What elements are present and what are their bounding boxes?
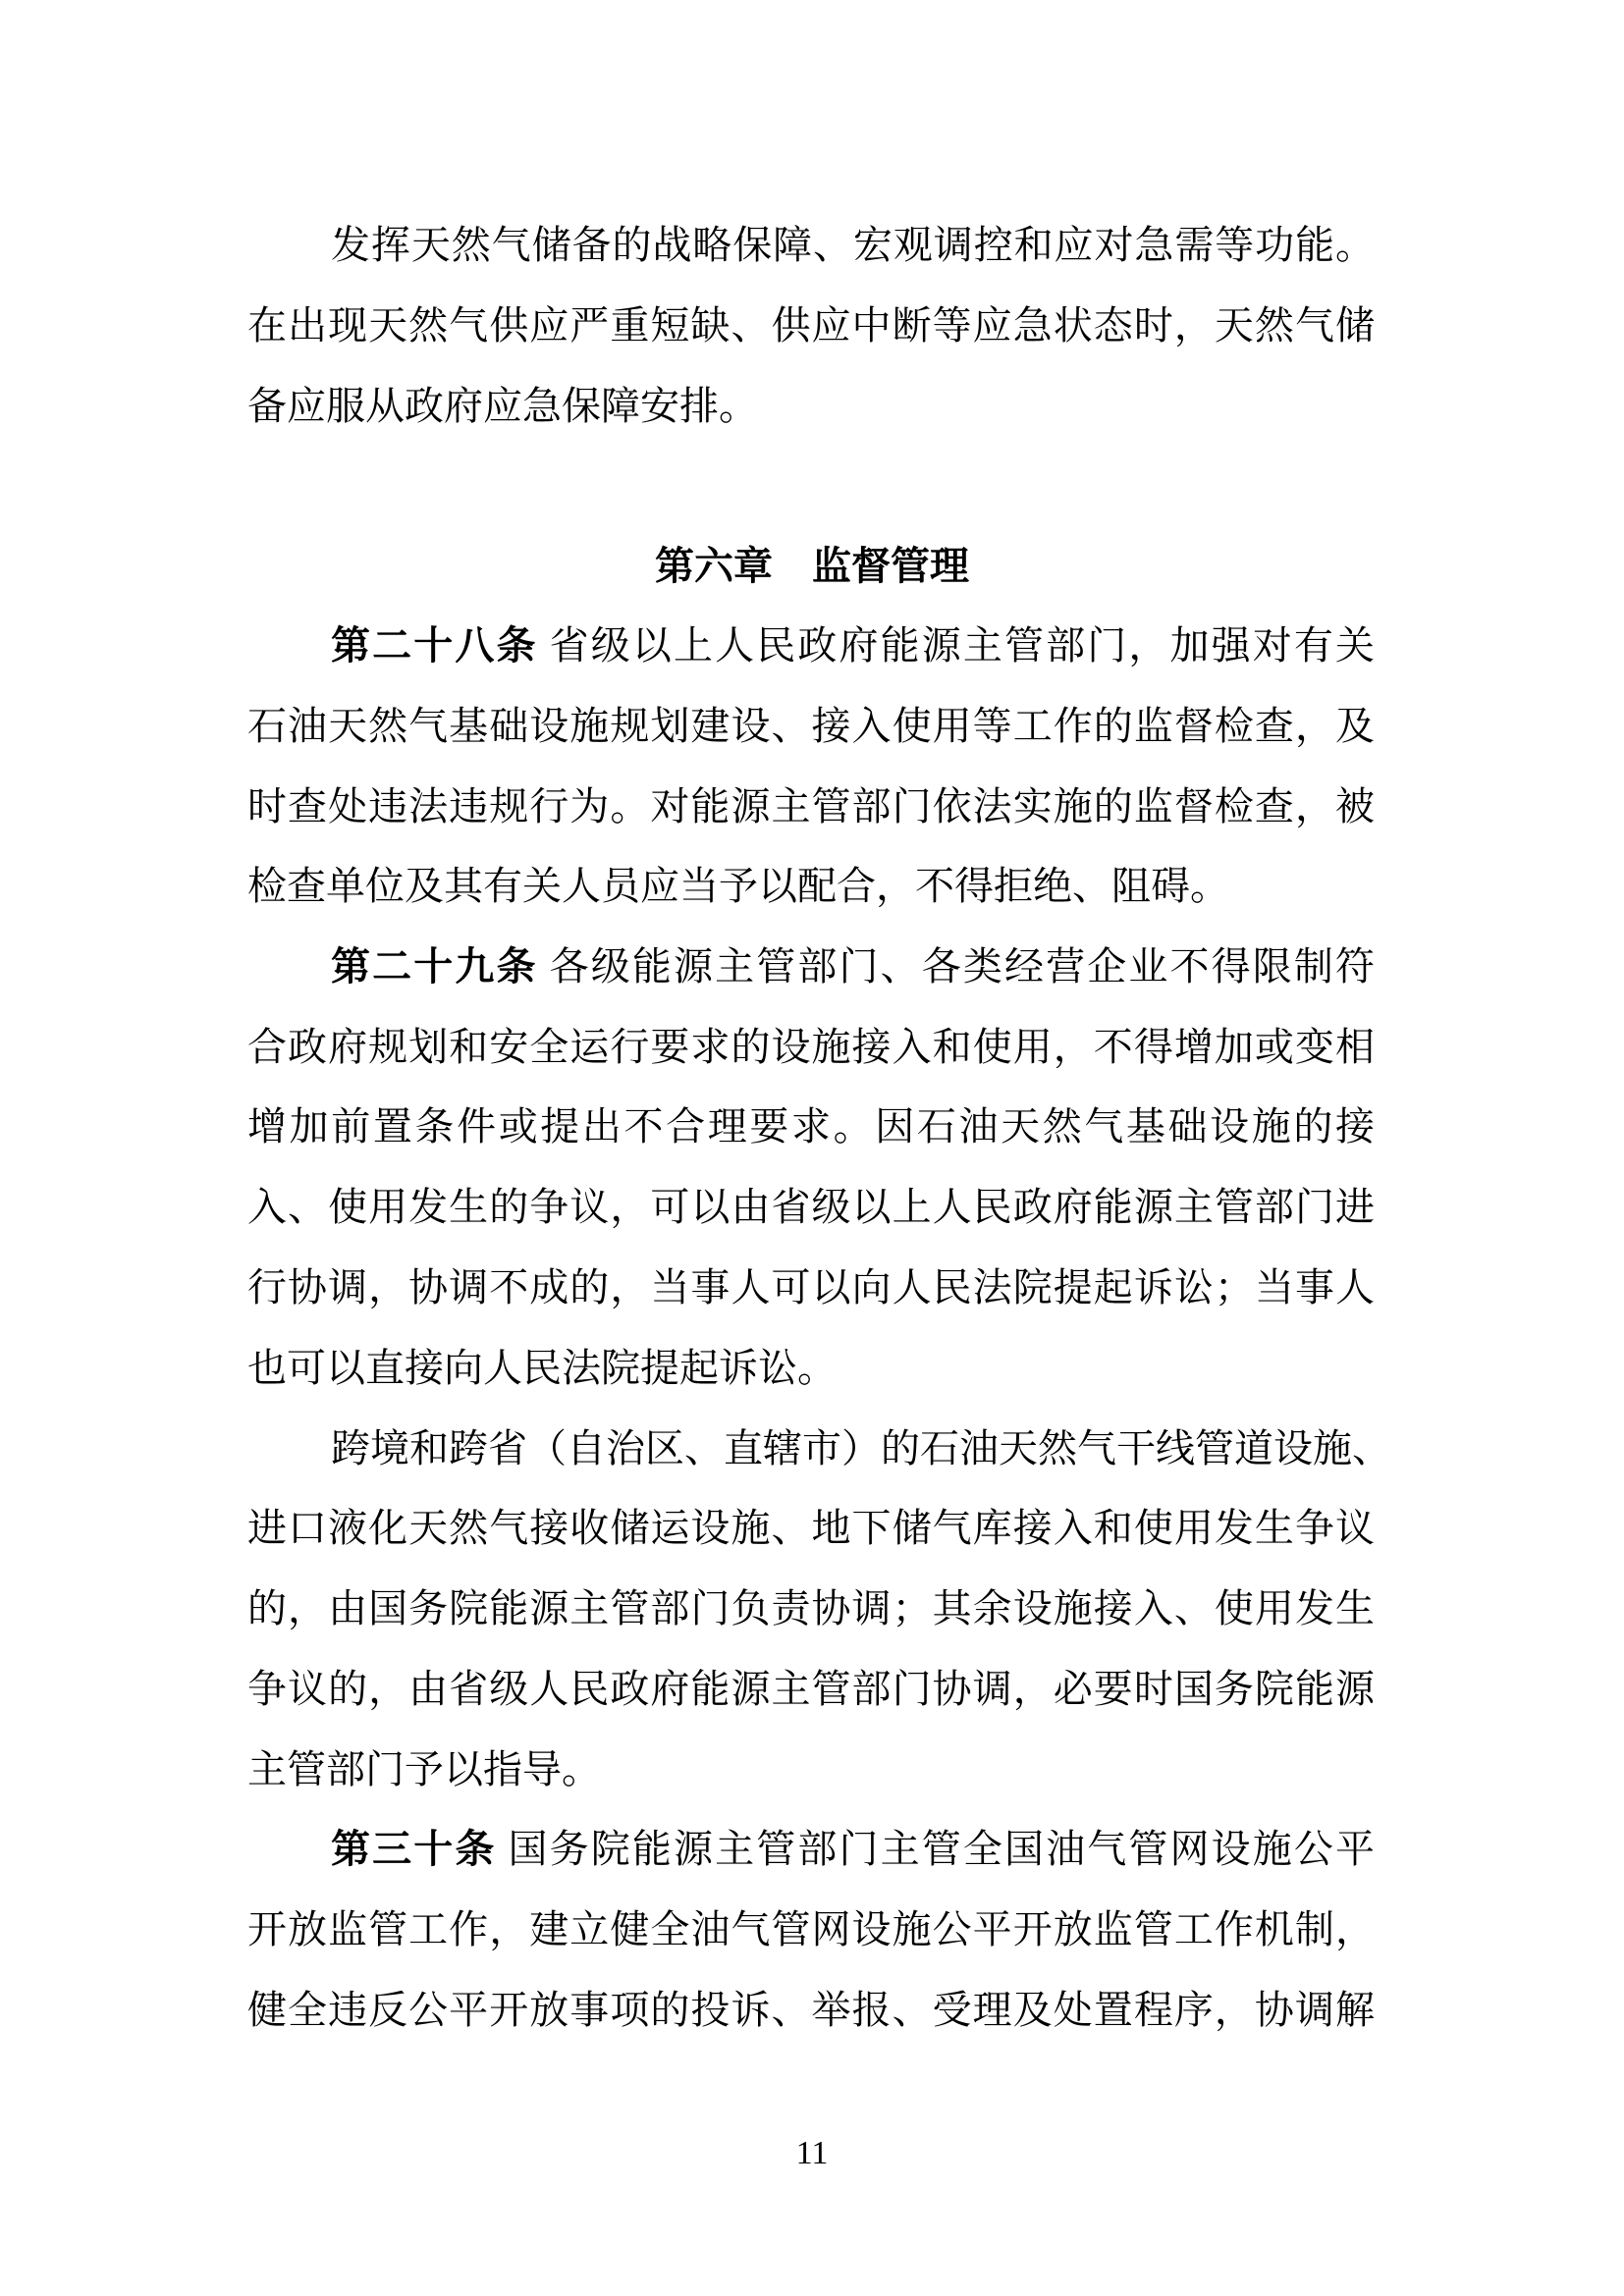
article-29-p2-line: 进口液化天然气接收储运设施、地下储气库接入和使用发生争议 xyxy=(247,1504,1375,1553)
paragraph-line: 备应服从政府应急保障安排。 xyxy=(247,382,1375,431)
article-text: 省级以上人民政府能源主管部门，加强对有关 xyxy=(550,623,1375,668)
chapter-number: 第六章 xyxy=(655,544,773,589)
chapter-title: 监督管理 xyxy=(812,544,969,589)
article-29-line: 行协调，协调不成的，当事人可以向人民法院提起诉讼；当事人 xyxy=(247,1263,1375,1312)
article-30-line: 开放监管工作，建立健全油气管网设施公平开放监管工作机制， xyxy=(247,1905,1375,1954)
article-29-line: 增加前置条件或提出不合理要求。因石油天然气基础设施的接 xyxy=(247,1102,1375,1151)
article-30-line: 健全违反公平开放事项的投诉、举报、受理及处置程序，协调解 xyxy=(247,1986,1375,2035)
paragraph-line: 在出现天然气供应严重短缺、供应中断等应急状态时，天然气储 xyxy=(247,301,1375,350)
article-text: 各级能源主管部门、各类经营企业不得限制符 xyxy=(550,944,1375,989)
article-label: 第二十八条 xyxy=(331,623,538,668)
article-label: 第二十九条 xyxy=(331,944,538,989)
article-28-line: 时查处违法违规行为。对能源主管部门依法实施的监督检查，被 xyxy=(247,782,1375,831)
article-29-p2-line: 的，由国务院能源主管部门负责协调；其余设施接入、使用发生 xyxy=(247,1584,1375,1633)
article-29-line: 合政府规划和安全运行要求的设施接入和使用，不得增加或变相 xyxy=(247,1023,1375,1072)
article-29-p2-line: 争议的，由省级人民政府能源主管部门协调，必要时国务院能源 xyxy=(247,1665,1375,1714)
article-29-line: 入、使用发生的争议，可以由省级以上人民政府能源主管部门进 xyxy=(247,1183,1375,1232)
article-28-line: 石油天然气基础设施规划建设、接入使用等工作的监督检查，及 xyxy=(247,702,1375,751)
article-29-line: 第二十九条各级能源主管部门、各类经营企业不得限制符 xyxy=(331,942,1375,991)
article-29-line: 也可以直接向人民法院提起诉讼。 xyxy=(247,1344,1375,1393)
article-28-line: 第二十八条省级以上人民政府能源主管部门，加强对有关 xyxy=(331,621,1375,670)
article-29-p2-line: 主管部门予以指导。 xyxy=(247,1745,1375,1794)
paragraph-line: 发挥天然气储备的战略保障、宏观调控和应对急需等功能。 xyxy=(331,221,1375,270)
article-30-line: 第三十条国务院能源主管部门主管全国油气管网设施公平 xyxy=(331,1825,1375,1874)
page-number: 11 xyxy=(0,2134,1624,2173)
chapter-heading: 第六章监督管理 xyxy=(0,542,1624,591)
article-28-line: 检查单位及其有关人员应当予以配合，不得拒绝、阻碍。 xyxy=(247,862,1375,911)
document-page: 发挥天然气储备的战略保障、宏观调控和应对急需等功能。 在出现天然气供应严重短缺、… xyxy=(0,0,1624,2296)
article-label: 第三十条 xyxy=(331,1827,497,1872)
article-29-p2-line: 跨境和跨省（自治区、直辖市）的石油天然气干线管道设施、 xyxy=(331,1424,1375,1473)
article-text: 国务院能源主管部门主管全国油气管网设施公平 xyxy=(509,1827,1376,1872)
